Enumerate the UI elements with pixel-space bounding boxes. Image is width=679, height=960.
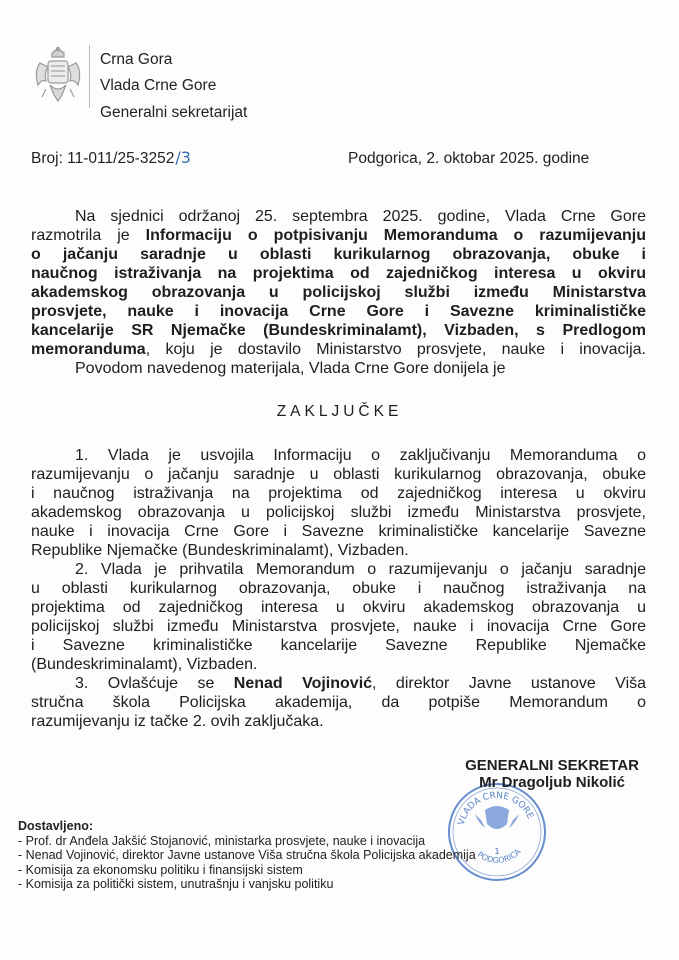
document-title: Informaciju o potpisivanju Memoranduma o… [146, 227, 646, 244]
distribution-title: Dostavljeno: [18, 819, 476, 834]
intro-line: akademskog obrazovanja u policijskoj slu… [31, 283, 646, 302]
handwritten-suffix: /3 [175, 148, 191, 167]
conclusion-2: 2. Vlada je prihvatila Memorandum o razu… [31, 560, 646, 674]
authorized-person: Nenad Vojinović [234, 675, 372, 692]
signatory-title: GENERALNI SEKRETAR [465, 757, 639, 774]
org-government: Vlada Crne Gore [100, 77, 216, 95]
intro-line: prosvjete, nauke i inovacija Crne Gore i… [31, 302, 646, 321]
conclusion-1: 1. Vlada je usvojila Informaciju o zaklj… [31, 446, 646, 560]
reference-label: Broj: 11-011/25-3252 [31, 150, 174, 167]
org-country: Crna Gora [100, 51, 172, 69]
intro-paragraph: Na sjednici održanoj 25. septembra 2025.… [31, 207, 646, 378]
intro-line: razmotrila je Informaciju o potpisivanju… [31, 226, 646, 245]
place-date: Podgorica, 2. oktobar 2025. godine [348, 150, 589, 168]
coat-of-arms-icon [32, 45, 84, 107]
distribution-item: - Komisija za ekonomsku politiku i finan… [18, 863, 476, 878]
distribution-list: Dostavljeno: - Prof. dr Anđela Jakšić St… [18, 819, 476, 892]
org-secretariat: Generalni sekretarijat [100, 104, 247, 122]
distribution-item: - Komisija za politički sistem, unutrašn… [18, 877, 476, 892]
distribution-item: - Prof. dr Anđela Jakšić Stojanović, min… [18, 834, 476, 849]
intro-line: memoranduma, koju je dostavilo Ministars… [31, 340, 646, 359]
intro-line: Povodom navedenog materijala, Vlada Crne… [31, 359, 646, 378]
signatory-name: Mr Dragoljub Nikolić [465, 774, 639, 791]
intro-line: Na sjednici održanoj 25. septembra 2025.… [31, 207, 646, 226]
signature-block: GENERALNI SEKRETAR Mr Dragoljub Nikolić [465, 757, 639, 791]
reference-number: Broj: 11-011/25-3252/3 [31, 148, 191, 168]
svg-text:1: 1 [494, 847, 499, 856]
intro-line: naučnog istraživanja na projektima od za… [31, 264, 646, 283]
conclusion-3: 3. Ovlašćuje se Nenad Vojinović, direkto… [31, 674, 646, 731]
conclusions-heading: ZAKLJUČKE [0, 403, 679, 421]
intro-line: o jačanju saradnje u oblasti kurikularno… [31, 245, 646, 264]
distribution-item: - Nenad Vojinović, direktor Javne ustano… [18, 848, 476, 863]
header-divider [89, 45, 90, 108]
intro-line: kancelarije SR Njemačke (Bundeskriminala… [31, 321, 646, 340]
